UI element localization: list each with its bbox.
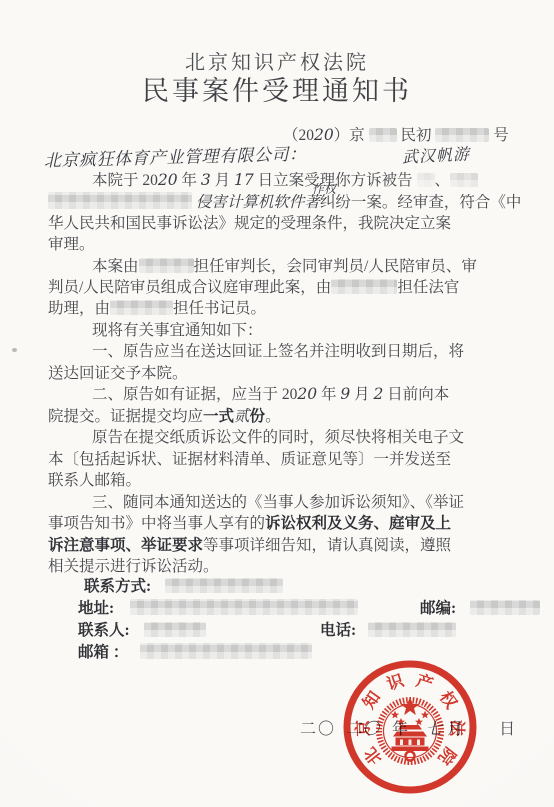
inserted-chars-handwritten: 作权 (312, 180, 336, 199)
item1-line2: 送达回证交予本院。 (48, 364, 188, 383)
item2-text: 院提交。证据提交均应 (48, 408, 203, 425)
postcode-group: 邮编: (420, 599, 540, 618)
phone-label: 电话: (320, 622, 356, 639)
para2-text: 担任审判长，会同审判员/人民陪审员、审 (194, 258, 477, 275)
para1-enum-mark: 、 (435, 172, 451, 189)
redacted-defendant-2 (450, 173, 478, 187)
item1-text: 一、原告应当在送达回证上签名并注明收到日期后，将 (92, 343, 464, 360)
para1-text: 年 (178, 172, 201, 189)
emblem-platform (392, 747, 428, 751)
item2-text: 原告在提交纸质诉讼文件的同时，须尽快将相关电子文 (92, 429, 464, 446)
item1-text: 送达回证交予本院。 (48, 365, 188, 382)
item2-line2: 院提交。证据提交均应一式贰份。 (48, 407, 281, 426)
item3-line1: 三、随同本通知送达的《当事人参加诉讼须知》、《举证 (92, 493, 464, 512)
address-row: 地址: 邮编: (78, 599, 548, 617)
item3-line2: 事项告知书》中将当事人享有的诉讼权利及义务、庭审及上 (48, 514, 451, 533)
national-emblem (379, 698, 441, 762)
item3-text: 三、随同本通知送达的《当事人参加诉讼须知》、《举证 (92, 494, 464, 511)
emblem-small-star (415, 718, 422, 725)
item2-text: 。 (265, 408, 281, 425)
para2-text: 担任法官 (397, 279, 459, 296)
deadline-day-handwritten: 2 (374, 385, 384, 403)
date-day-unit: 日 (499, 721, 517, 738)
cause-of-action-handwritten: 侵害计算机软件著作权 (196, 193, 320, 212)
contact-method-label: 联系方式: (84, 578, 151, 595)
seal-character: 产 (414, 670, 436, 694)
emblem-gate-arch (417, 740, 420, 746)
seal-character: 法 (447, 720, 467, 737)
margin-note-handwritten: 武汉帆游 (402, 144, 471, 167)
item3-text: 等事项详细告知，请认真阅读，遵照 (203, 537, 451, 554)
para1-text: 纠纷一案。经审查，符合《中 (320, 194, 522, 211)
emblem-gate-arch (400, 740, 403, 746)
item1-line1: 一、原告应当在送达回证上签名并注明收到日期后，将 (92, 342, 464, 361)
para2-line1: 本案由担任审判长，会同审判员/人民陪审员、审 (92, 257, 477, 276)
item2-text: 年 (317, 386, 340, 403)
redacted-court-code (369, 128, 397, 142)
case-number-year-handwritten: 20 (314, 126, 334, 144)
item3-line3: 诉注意事项、举证要求等事项详细告知，请认真阅读，遵照 (48, 536, 451, 555)
postcode-label: 邮编: (420, 600, 456, 617)
scan-speck (12, 348, 17, 352)
notice-intro-line: 现将有关事宜通知如下： (92, 321, 263, 340)
rights-bold-text: 诉讼权利及义务、庭审及上 (265, 515, 451, 532)
item2-text: 月 (350, 386, 373, 403)
copies-bold-text: 份 (250, 408, 266, 425)
rights-bold-text: 诉注意事项、举证要求 (48, 537, 203, 554)
redacted-case-id (435, 128, 489, 142)
redacted-address (130, 599, 358, 615)
doc-title: 民事案件受理通知书 (0, 69, 554, 108)
copies-count-handwritten: 贰 (234, 407, 250, 425)
seal-arc-text: 北京知识产权法院 (352, 670, 467, 769)
scanned-notice-page: 北京知识产权法院 民事案件受理通知书 （2020）京 民初 号 北京疯狂体育产业… (0, 0, 554, 807)
contact-person-label: 联系人: (78, 622, 130, 639)
redacted-judge-assistant (331, 279, 397, 294)
item2-text: 日前向本 (383, 386, 449, 403)
emblem-small-star (391, 711, 399, 718)
para2-line2: 判员/人民陪审员组成合议庭审理此案，由担任法官 (48, 278, 459, 297)
case-number-prefix: （20 (283, 127, 314, 144)
address-label: 地址: (78, 600, 114, 617)
para1-text: 审理。 (48, 236, 95, 253)
para1-line1: 本院于 2020 年 3 月 17 日立案受理你方诉被告 、 (92, 171, 478, 190)
item2-text: 联系人邮箱。 (48, 472, 141, 489)
para1-line2: 侵害计算机软件著作权纠纷一案。经审查，符合《中 (48, 192, 521, 212)
redacted-email (140, 643, 312, 659)
deadline-month-handwritten: 9 (340, 385, 350, 403)
copies-bold-text: 一式 (203, 408, 234, 425)
filing-year-handwritten: 20 (158, 171, 178, 189)
redacted-presiding-judge (139, 258, 194, 273)
para2-text: 担任书记员。 (173, 300, 266, 317)
emblem-small-star (397, 718, 404, 725)
court-seal: 北京知识产权法院 (340, 657, 480, 797)
para2-text: 判员/人民陪审员组成合议庭审理此案，由 (48, 279, 331, 296)
filing-day-handwritten: 17 (234, 171, 254, 189)
redacted-defendant-1 (417, 173, 435, 187)
email-label: 邮箱 ： (78, 644, 128, 661)
para1-text: 本院于 20 (92, 172, 158, 189)
redacted-postcode (470, 600, 540, 615)
redacted-contact-person (144, 622, 206, 637)
addressee-line: 北京疯狂体育产业管理有限公司： (44, 149, 307, 168)
para1-text: 月 (211, 172, 234, 189)
case-number-line: （2020）京 民初 号 (283, 126, 509, 145)
item2-text: 本〔包括起诉状、证据材料清单、质证意见等〕一并发送至 (48, 451, 451, 468)
para1-line4: 审理。 (48, 235, 95, 254)
emblem-gear (406, 752, 415, 761)
item2-text: 二、原告如有证据，应当于 20 (92, 386, 297, 403)
item3-text: 相关提示进行诉讼活动。 (48, 558, 219, 575)
filing-month-handwritten: 3 (201, 171, 211, 189)
item2-line1: 二、原告如有证据，应当于 2020 年 9 月 2 日前向本 (92, 385, 449, 404)
addressee-handwritten: 北京疯狂体育产业管理有限公司： (44, 146, 307, 172)
seal-character: 京 (352, 719, 372, 736)
phone-group: 电话: (320, 621, 456, 640)
para2-text: 助理，由 (48, 300, 110, 317)
date-printed-text: 二〇 (300, 721, 336, 738)
para2-text: 本案由 (92, 258, 139, 275)
para1-text: 华人民共和国民事诉讼法》规定的受理条件，我院决定立案 (48, 215, 451, 232)
para1-line3: 华人民共和国民事诉讼法》规定的受理条件，我院决定立案 (48, 214, 451, 233)
cause-handwritten-text: 侵害计算机软件著 (196, 193, 320, 211)
notice-intro-text: 现将有关事宜通知如下： (92, 322, 263, 339)
item2-line3: 原告在提交纸质诉讼文件的同时，须尽快将相关电子文 (92, 428, 464, 447)
deadline-year-handwritten: 20 (297, 385, 317, 403)
redacted-phone (368, 622, 456, 637)
redacted-defendant-names (48, 192, 192, 209)
emblem-gate-roof-upper (399, 726, 421, 730)
seal-character: 北 (360, 743, 385, 768)
margin-note-line: 武汉帆游 (402, 146, 470, 166)
emblem-gate-arch (409, 740, 412, 746)
emblem-gate-roof-lower (394, 732, 426, 736)
emblem-small-star (421, 711, 429, 718)
seal-character: 识 (384, 671, 406, 694)
case-number-suffix: 号 (493, 127, 509, 144)
redacted-court-clerk (110, 300, 173, 315)
item2-line5: 联系人邮箱。 (48, 471, 141, 490)
item3-text: 事项告知书》中将当事人享有的 (48, 515, 265, 532)
contact-person-row: 联系人: 电话: (78, 621, 548, 639)
case-number-court: ）京 (334, 127, 365, 144)
contact-method-row: 联系方式: (84, 577, 554, 595)
item3-line4: 相关提示进行诉讼活动。 (48, 557, 219, 576)
case-number-type: 民初 (401, 127, 432, 144)
redacted-contact-method (165, 578, 283, 593)
item2-line4: 本〔包括起诉状、证据材料清单、质证意见等〕一并发送至 (48, 450, 451, 469)
court-seal-graphic: 北京知识产权法院 (340, 657, 480, 797)
para2-line3: 助理，由担任书记员。 (48, 299, 266, 318)
